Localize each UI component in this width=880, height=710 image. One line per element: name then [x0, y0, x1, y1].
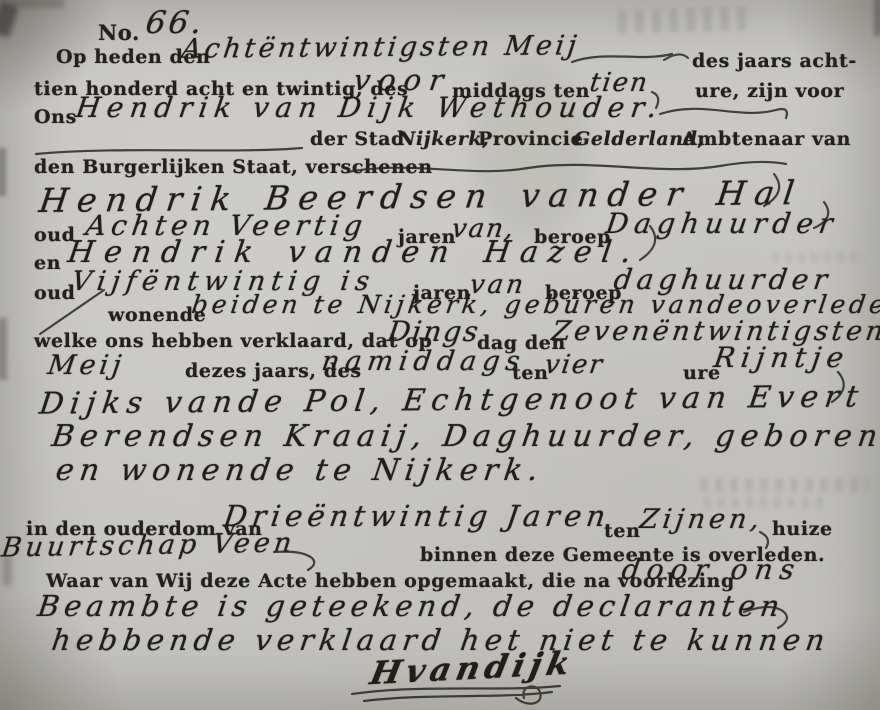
edge-smudge — [0, 318, 7, 380]
hand-beambte-line: Beambte is geteekend, de declaranten — [36, 592, 786, 621]
hand-zijnen: Zijnen, — [638, 506, 765, 533]
scanned-death-record: No. 66. Op heden den Achtëntwintigsten M… — [0, 0, 880, 710]
hand-door-ons: door ons — [620, 556, 803, 584]
death-place-buurtschap: Buurtschap Veen — [0, 529, 297, 561]
bleedthrough-mark — [772, 252, 864, 263]
death-daypart-handwritten: namiddags — [320, 348, 527, 375]
edge-smudge — [874, 0, 880, 36]
declarant-1-occupation: Daghuurder — [604, 210, 840, 238]
death-weekday-handwritten: Dings — [386, 318, 482, 346]
printed-des-jaars: des jaars acht- — [692, 52, 857, 71]
age-at-death-handwritten: Drieëntwintig Jaren — [222, 502, 612, 531]
printed-provincie: Provincie — [478, 130, 583, 149]
printed-huize: huize — [772, 520, 833, 539]
deceased-first-name: Rijntje — [712, 344, 851, 372]
printed-der-stad: der Stad — [310, 130, 405, 149]
residence-note-handwritten: beiden te Nijkerk, gebúren vandeoverlede… — [190, 292, 880, 317]
record-number-label: No. — [98, 22, 140, 43]
printed-en: en — [34, 254, 61, 273]
deceased-residence-line: en wonende te Nijkerk. — [54, 456, 546, 486]
printed-ten-2: ten — [604, 522, 640, 541]
printed-ambtenaar-van: Ambtenaar van — [682, 130, 851, 149]
edge-smudge — [0, 148, 6, 196]
flourish-after-date — [572, 54, 688, 62]
city-name: Nijkerk, — [398, 130, 489, 149]
death-month-handwritten: Meij — [46, 352, 126, 379]
official-signature: Hvandijk — [368, 647, 578, 689]
death-hour-handwritten: vier — [543, 352, 605, 378]
spouse-name-line: Berendsen Kraaij, Daghuurder, geboren — [50, 422, 880, 452]
printed-ure-zijn-voor: ure, zijn voor — [695, 82, 844, 101]
bleedthrough-mark — [700, 478, 868, 492]
deceased-name-line: Dijks vande Pol, Echtgenoot van Evert — [38, 382, 867, 419]
printed-burgerlijken-staat: den Burgerlijken Staat, verschenen — [34, 158, 433, 177]
record-date-handwritten: Achtëntwintigsten Meij — [180, 32, 581, 62]
flourish-underline-ons — [36, 148, 302, 154]
edge-smudge — [0, 2, 19, 38]
flourish-after-wethouder — [660, 109, 787, 118]
declarant-2-name: Hendrik vanden Hazel. — [66, 238, 643, 268]
official-name-handwritten: Hendrik van Dijk Wethouder. — [74, 94, 665, 122]
printed-ons: Ons — [34, 108, 77, 127]
bleedthrough-mark — [618, 6, 751, 35]
edge-smudge — [0, 0, 64, 8]
